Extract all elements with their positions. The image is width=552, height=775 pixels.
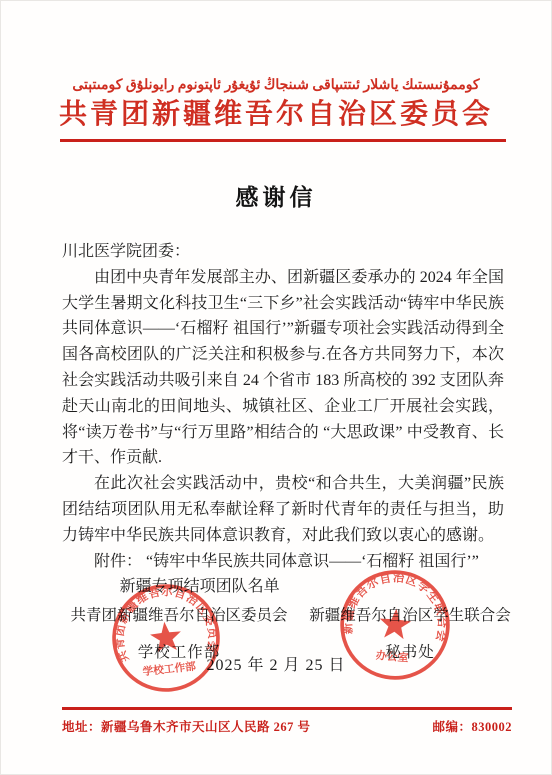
footer-postcode: 邮编：830002 xyxy=(432,717,512,735)
salutation: 川北医学院团委： xyxy=(62,239,504,265)
letterhead-org-name: 共青团新疆维吾尔自治区委员会 xyxy=(0,98,552,132)
body-paragraph: 在此次社会实践活动中，贵校“和合共生，大美润疆”民族团结结项团队用无私奉献诠释了… xyxy=(62,471,504,548)
page-footer: 地址：新疆乌鲁木齐市天山区人民路 267 号 邮编：830002 xyxy=(62,707,512,735)
seal-bottom-text: 学校工作部 xyxy=(142,660,197,679)
letterhead-uyghur-line: كوممۇنىستىك ياشلار ئىتتىپاقى شىنجاڭ ئۇيغ… xyxy=(0,76,552,96)
footer-address: 地址：新疆乌鲁木齐市天山区人民路 267 号 xyxy=(62,717,311,735)
letterhead: كوممۇنىستىك ياشلار ئىتتىپاقى شىنجاڭ ئۇيغ… xyxy=(0,0,552,142)
seal-bottom-text: 办公室 xyxy=(375,648,409,665)
seal-ring-text: 共青团新疆维吾尔自治区委员会 xyxy=(107,579,222,665)
attachment-line-1: 附件： “铸牢中华民族共同体意识——‘石榴籽 祖国行’” xyxy=(62,549,504,575)
svg-text:共青团新疆维吾尔自治区委员会: 共青团新疆维吾尔自治区委员会 xyxy=(107,579,222,665)
scanned-letter-page: كوممۇنىستىك ياشلار ئىتتىپاقى شىنجاڭ ئۇيغ… xyxy=(0,0,552,775)
official-seal-right: 新疆维吾尔自治区学生联合会 办公室 xyxy=(333,563,457,687)
letter-body: 川北医学院团委： 由团中央青年发展部主办、团新疆区委承办的 2024 年全国大学… xyxy=(62,239,504,600)
body-paragraph: 由团中央青年发展部主办、团新疆区委承办的 2024 年全国大学生暑期文化科技卫生… xyxy=(62,265,504,471)
letter-title: 感谢信 xyxy=(0,179,552,212)
letter-date: 2025 年 2 月 25 日 xyxy=(0,652,552,675)
letterhead-rule xyxy=(60,139,506,142)
official-seal-left: 共青团新疆维吾尔自治区委员会 学校工作部 xyxy=(104,576,227,699)
seal-star-icon xyxy=(378,607,412,640)
seal-star-icon xyxy=(149,620,183,652)
